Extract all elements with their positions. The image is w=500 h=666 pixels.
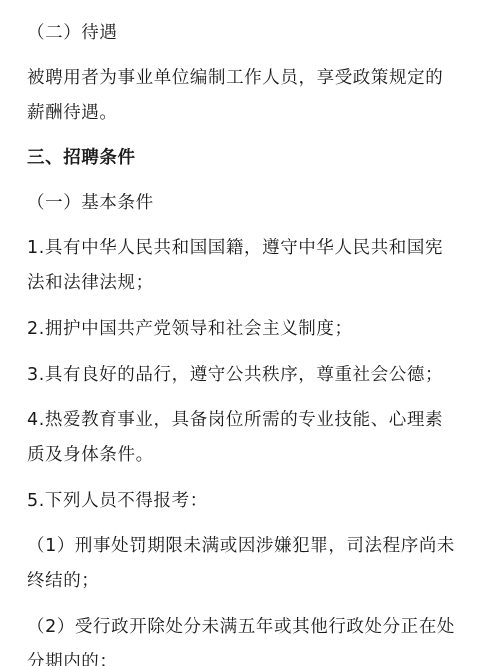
list-item-4-cont: 质及身体条件。	[27, 444, 154, 466]
list-item-2: 2.拥护中国共产党领导和社会主义制度；	[27, 318, 353, 340]
sub-item-1-cont: 终结的；	[27, 570, 99, 592]
list-item-1-cont: 法和法律法规；	[27, 272, 154, 294]
paragraph-line: 被聘用者为事业单位编制工作人员，享受政策规定的	[27, 67, 443, 89]
sub-item-2-cont: 分期内的；	[27, 651, 118, 666]
sub-item-2: （2）受行政开除处分未满五年或其他行政处分正在处	[27, 616, 455, 638]
list-item-4: 4.热爱教育事业，具备岗位所需的专业技能、心理素	[27, 409, 443, 431]
section-heading-benefits: （二）待遇	[27, 22, 118, 44]
list-item-5: 5.下列人员不得报考：	[27, 490, 208, 512]
sub-item-1: （1）刑事处罚期限未满或因涉嫌犯罪，司法程序尚未	[27, 535, 455, 557]
section-heading-requirements: 三、招聘条件	[27, 147, 136, 169]
list-item-3: 3.具有良好的品行，遵守公共秩序，尊重社会公德；	[27, 364, 443, 386]
subsection-heading-basic-conditions: （一）基本条件	[27, 192, 154, 214]
paragraph-line: 薪酬待遇。	[27, 102, 118, 124]
list-item-1: 1.具有中华人民共和国国籍，遵守中华人民共和国宪	[27, 237, 443, 259]
